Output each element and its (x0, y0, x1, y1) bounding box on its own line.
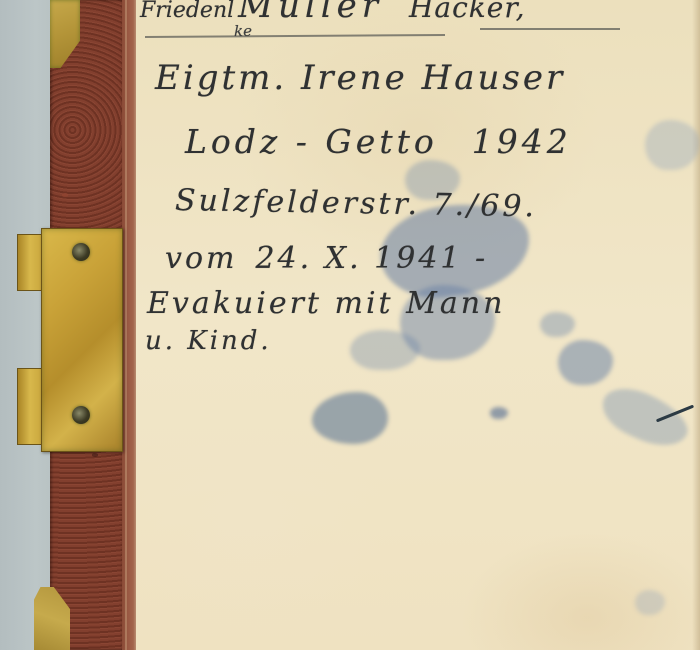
top-word-1: Friedenl (140, 0, 234, 23)
handwritten-line-owner: Eigtm. Irene Hauser (155, 58, 565, 98)
date-prefix: vom (165, 241, 237, 276)
handwritten-top-line: FriedenlMüllerHacker, (140, 0, 526, 26)
handwritten-line-address: Sulzfelderstr. 7./69. (175, 183, 538, 224)
date-text: 24. X. 1941 - (255, 241, 488, 276)
handwritten-line-evacuated: Evakuiert mit Mann (147, 286, 505, 321)
page-edge (692, 0, 700, 650)
handwritten-line-child: u. Kind. (145, 326, 272, 356)
handwritten-line-date: vom24. X. 1941 - (165, 241, 488, 276)
handwritten-annotation: ke (234, 22, 252, 40)
top-word-3: Hacker, (409, 0, 526, 24)
scanned-book-page: FriedenlMüllerHacker, ke Eigtm. Irene Ha… (0, 0, 700, 650)
year-text: 1942 (472, 122, 572, 161)
underline (480, 28, 620, 30)
place-text: Lodz - Getto (185, 122, 438, 161)
handwritten-line-place: Lodz - Getto1942 (185, 122, 572, 161)
top-word-2: Müller (238, 0, 383, 26)
rivet-icon (72, 406, 90, 424)
rivet-icon (72, 243, 90, 261)
brass-clasp (17, 228, 103, 450)
